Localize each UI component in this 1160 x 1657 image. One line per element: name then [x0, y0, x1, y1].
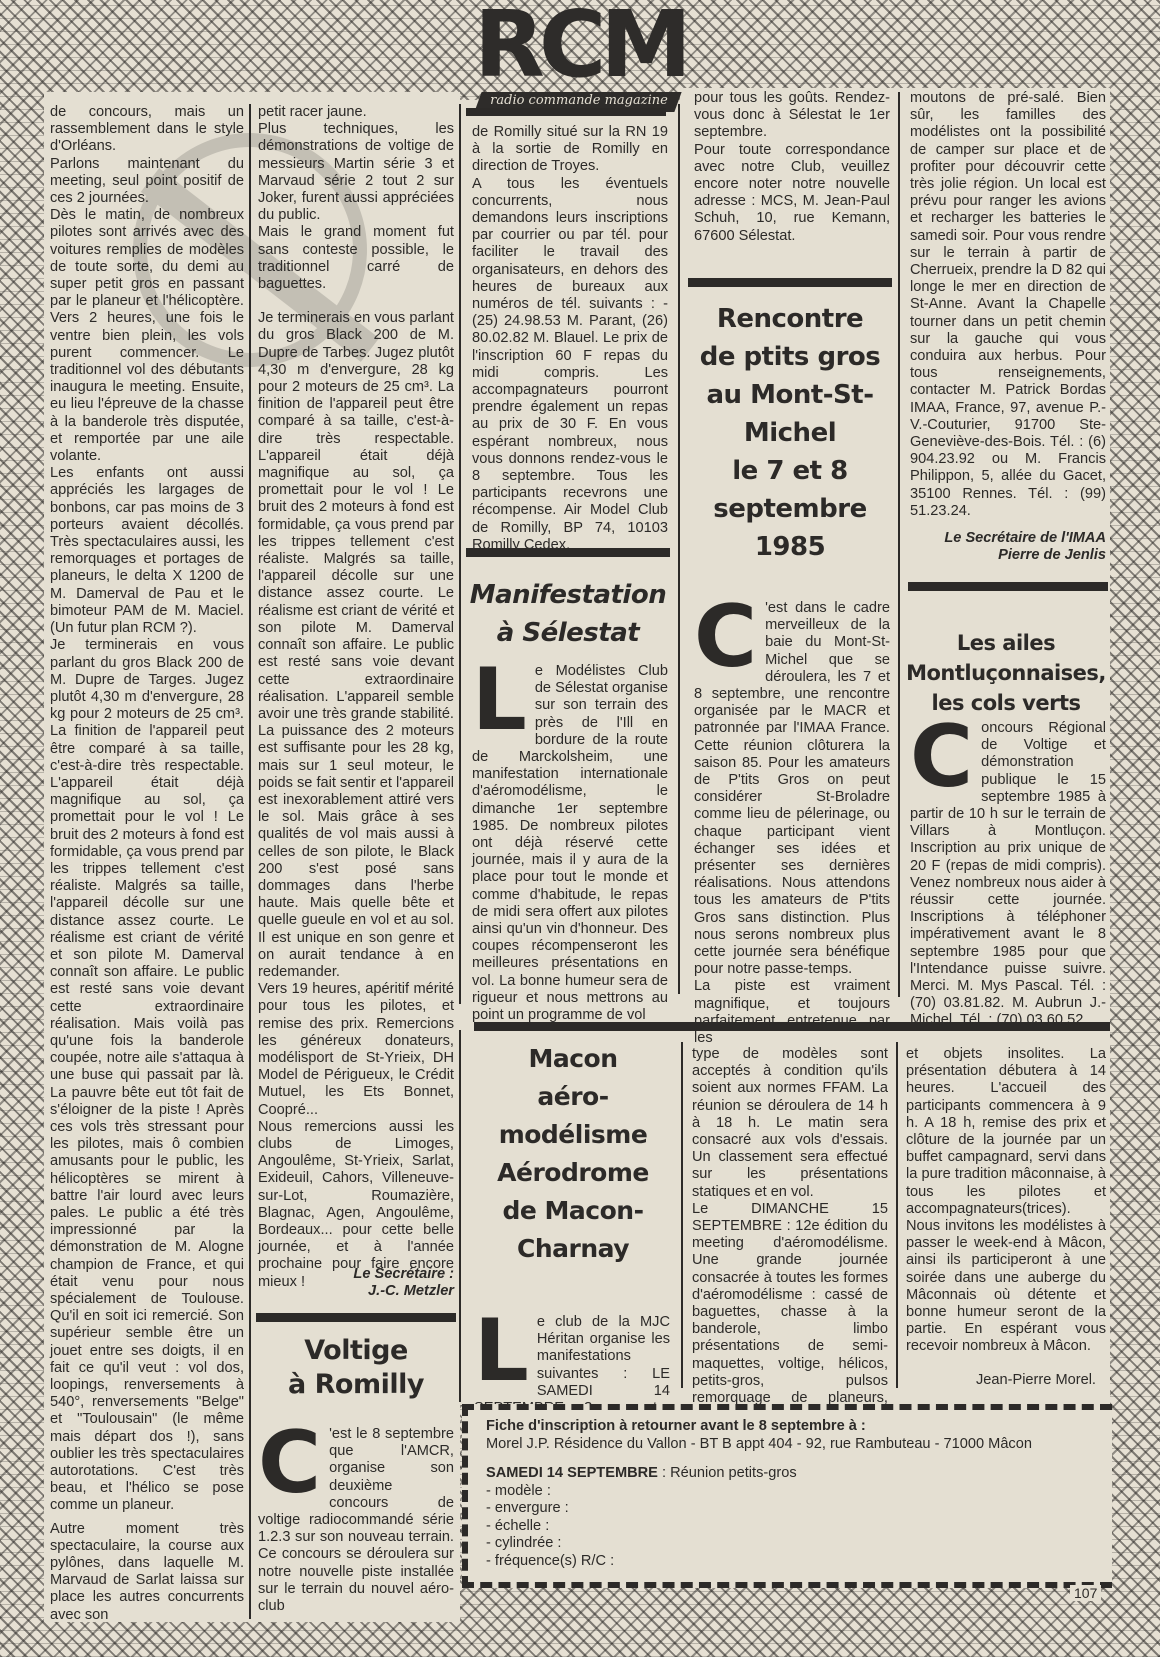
paragraph: C'est dans le cadre merveilleux de la ba… [694, 600, 890, 978]
column-divider [459, 104, 461, 1004]
dropcap: C [258, 1430, 321, 1496]
paragraph: Mais le grand moment fut sans conteste p… [258, 224, 454, 293]
signature-imaa: Le Secrétaire de l'IMAA Pierre de Jenlis [900, 530, 1106, 564]
paragraph: petit racer jaune. [258, 104, 454, 121]
paragraph: de concours, mais un rassemblement dans … [50, 104, 244, 156]
paragraph: Nous invitons les modélistes à passer le… [906, 1218, 1106, 1356]
mont-st-michel-body: C'est dans le cadre merveilleux de la ba… [694, 600, 890, 1047]
paragraph: Je terminerais en vous parlant du gros B… [258, 310, 454, 981]
dropcap: L [472, 667, 527, 733]
form-field-model[interactable]: - modèle : [486, 1483, 1032, 1501]
paragraph: Je terminerais en vous parlant du gros B… [50, 637, 244, 1514]
section-divider-bar [688, 278, 892, 287]
form-field-scale[interactable]: - échelle : [486, 1518, 1032, 1536]
headline-manifestation-selestat: Manifestation à Sélestat [466, 576, 670, 652]
page-number: 107 [1070, 1585, 1101, 1601]
section-divider-bar [466, 548, 670, 557]
rcm-logo: RCM radio commande magazine [474, 0, 684, 112]
montlucon-body: Concours Régional de Voltige et démonstr… [910, 720, 1106, 1030]
paragraph: Vers 19 heures, apéritif mérité pour tou… [258, 981, 454, 1119]
paragraph: Dès le matin, de nombreux pilotes sont a… [50, 207, 244, 465]
paragraph: Le DIMANCHE 15 SEPTEMBRE : 12e édition d… [692, 1201, 888, 1425]
section-divider-bar [256, 1313, 456, 1322]
selestat-column-4: pour tous les goûts. Rendez-vous donc à … [694, 90, 890, 245]
column-divider [678, 104, 680, 994]
paragraph: moutons de pré-salé. Bien sûr, les famil… [910, 90, 1106, 520]
paragraph: A tous les éventuels concurrents, nous d… [472, 176, 668, 554]
paragraph: de Romilly situé sur la RN 19 à la sorti… [472, 124, 668, 176]
paper-top-left-strip [44, 92, 460, 104]
paragraph: type de modèles sont acceptés à conditio… [692, 1046, 888, 1201]
romilly-intro: C'est le 8 septembre que l'AMCR, organis… [258, 1426, 454, 1615]
headline-ailes-montluconnaises: Les ailes Montluçonnaises, les cols vert… [902, 628, 1110, 718]
section-divider-bar [466, 108, 666, 116]
column-divider [896, 1042, 898, 1388]
signature-morel: Jean-Pierre Morel. [906, 1372, 1096, 1389]
paragraph: pour tous les goûts. Rendez-vous donc à … [694, 90, 890, 142]
article-column-1: de concours, mais un rassemblement dans … [50, 104, 244, 1624]
form-field-displacement[interactable]: - cylindrée : [486, 1535, 1032, 1553]
macon-column-2: type de modèles sont acceptés à conditio… [692, 1046, 888, 1424]
dropcap: C [910, 724, 973, 790]
form-field-wingspan[interactable]: - envergure : [486, 1500, 1032, 1518]
logo-tagline: radio commande magazine [484, 93, 674, 108]
logo-wordmark: RCM [474, 0, 684, 100]
registration-form: Fiche d'inscription à retourner avant le… [462, 1404, 1112, 1588]
paragraph: Nous remercions aussi les clubs de Limog… [258, 1119, 454, 1291]
form-field-frequency[interactable]: - fréquence(s) R/C : [486, 1553, 1032, 1571]
paragraph: Parlons maintenant du meeting, seul poin… [50, 156, 244, 208]
article-column-2: petit racer jaune. Plus techniques, les … [258, 104, 454, 1291]
column-divider [681, 1042, 683, 1388]
paragraph: Plus techniques, les démonstrations de v… [258, 121, 454, 224]
section-divider-bar [908, 582, 1108, 591]
selestat-body: Le Modélistes Club de Sélestat organise … [472, 663, 668, 1024]
form-event: SAMEDI 14 SEPTEMBRE : Réunion petits-gro… [486, 1465, 1032, 1483]
column-divider [459, 1030, 461, 1402]
dropcap: C [694, 604, 757, 670]
column-divider [249, 104, 251, 1619]
mont-st-michel-column-5: moutons de pré-salé. Bien sûr, les famil… [910, 90, 1106, 520]
paragraph: Pour toute correspondance avec notre Clu… [694, 142, 890, 245]
headline-mont-st-michel: Rencontre de ptits gros au Mont-St- Mich… [688, 300, 892, 566]
headline-voltige-romilly: Voltige à Romilly [256, 1334, 456, 1402]
paragraph: Autre moment très spectaculaire, la cour… [50, 1521, 244, 1624]
paragraph: La piste est vraiment magnifique, et tou… [694, 978, 890, 1047]
paragraph: et objets insolites. La présentation déb… [906, 1046, 1106, 1218]
macon-column-3: et objets insolites. La présentation déb… [906, 1046, 1106, 1356]
form-address: Morel J.P. Résidence du Vallon - BT B ap… [486, 1436, 1032, 1454]
romilly-column-3: de Romilly situé sur la RN 19 à la sorti… [472, 124, 668, 554]
form-content: Fiche d'inscription à retourner avant le… [486, 1418, 1032, 1570]
form-title: Fiche d'inscription à retourner avant le… [486, 1418, 1032, 1436]
paragraph: Les enfants ont aussi appréciés les larg… [50, 465, 244, 637]
dropcap: L [474, 1318, 529, 1384]
signature-metzler: Le Secrétaire : J.-C. Metzler [258, 1266, 454, 1300]
headline-macon-aeromodelisme: Macon aéro- modélisme Aérodrome de Macon… [468, 1040, 678, 1268]
section-divider-bar [474, 1022, 1110, 1031]
